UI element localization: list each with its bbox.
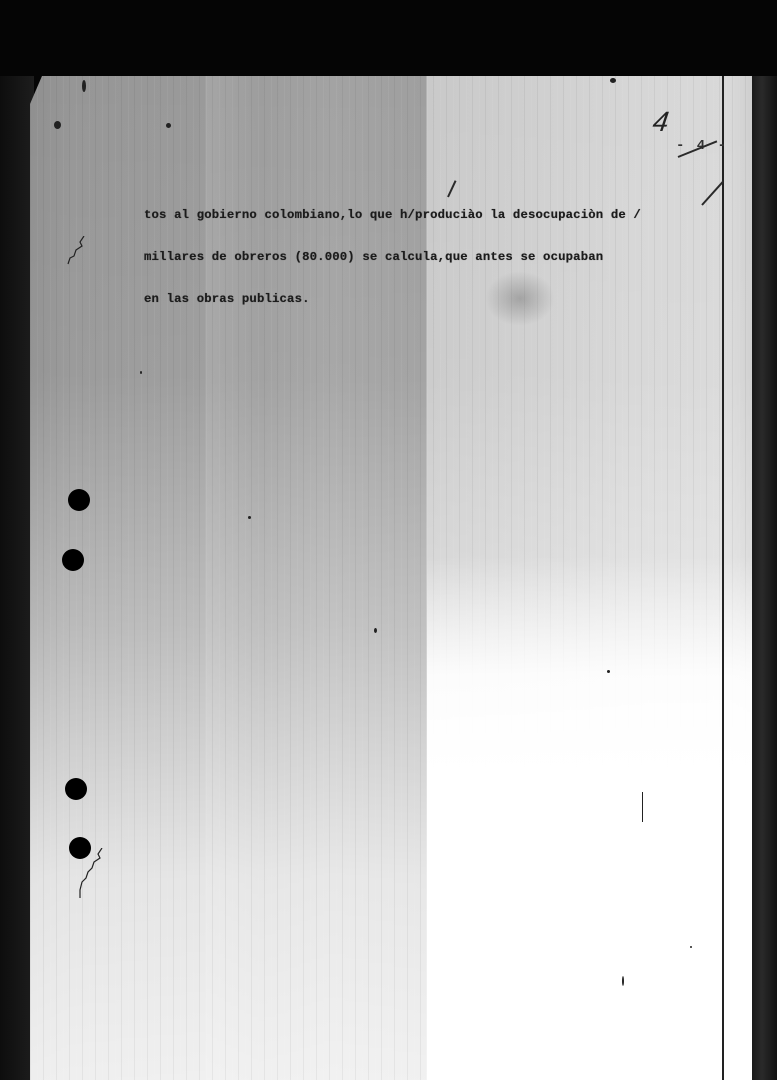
speck — [610, 78, 616, 83]
speck — [82, 80, 86, 92]
paper-tear-mark — [66, 236, 86, 266]
punch-hole — [68, 489, 90, 511]
speck — [607, 670, 610, 673]
overexposed-area — [427, 556, 752, 1080]
document-page: 4 - 4 - tos al gobierno colombiano,lo qu… — [30, 76, 752, 1080]
speck — [140, 371, 142, 374]
speck — [248, 516, 251, 519]
page-edge-line — [722, 76, 724, 1080]
right-scan-edge — [752, 76, 777, 1080]
paper-tear-mark — [74, 848, 104, 898]
speck — [642, 792, 643, 822]
punch-hole — [62, 549, 84, 571]
speck — [622, 976, 624, 986]
left-scan-edge — [0, 76, 34, 1080]
text-line: en las obras publicas. — [144, 292, 641, 306]
punch-hole — [65, 778, 87, 800]
text-line: millares de obreros (80.000) se calcula,… — [144, 250, 641, 264]
speck — [166, 123, 171, 128]
text-line: tos al gobierno colombiano,lo que h/prod… — [144, 208, 641, 222]
typed-body-text: tos al gobierno colombiano,lo que h/prod… — [144, 180, 641, 334]
speck — [690, 946, 692, 948]
speck — [54, 121, 61, 129]
speck — [374, 628, 377, 633]
